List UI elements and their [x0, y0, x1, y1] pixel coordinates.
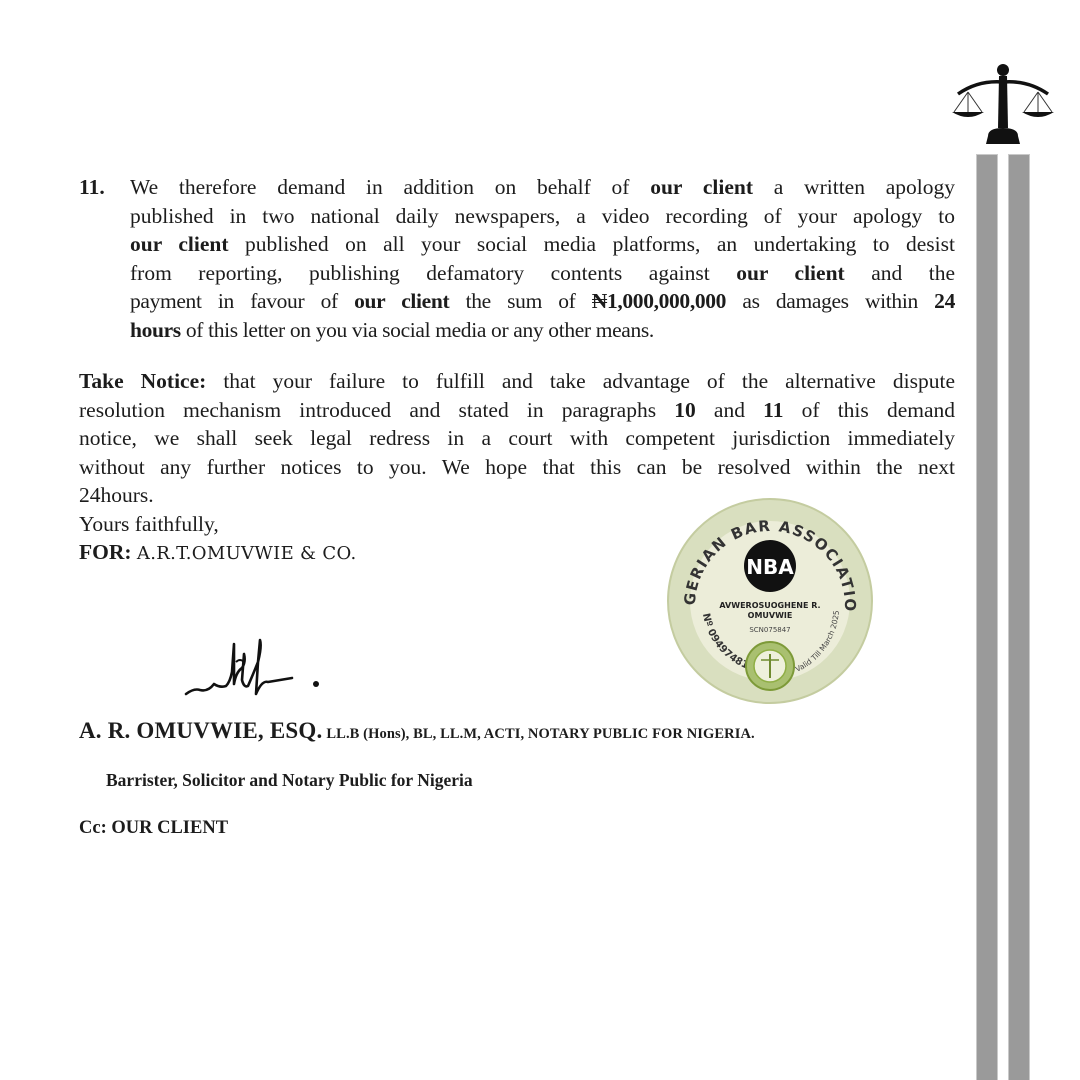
text-line: Take Notice: that your failure to fulfil…	[79, 367, 955, 396]
paragraph-11: We therefore demand in addition on behal…	[130, 173, 955, 345]
seal-holder-line1: AVWEROSUOGHENE R.	[719, 601, 820, 610]
text-line: from reporting, publishing defamatory co…	[130, 259, 955, 288]
seal-badge: NBA	[746, 555, 794, 579]
text-line: without any further notices to you. We h…	[79, 453, 955, 482]
text-line: resolution mechanism introduced and stat…	[79, 396, 955, 425]
firm-line: FOR: A.R.T.OMUVWIE & CO.	[79, 538, 356, 568]
decorative-bar-right	[1009, 155, 1029, 1080]
signer-title: Barrister, Solicitor and Notary Public f…	[106, 770, 473, 791]
firm-prefix: FOR:	[79, 540, 132, 564]
text-line: payment in favour of our client the sum …	[130, 287, 955, 316]
signer-line: A. R. OMUVWIE, ESQ. LL.B (Hons), BL, LL.…	[79, 718, 755, 744]
scales-of-justice-icon	[948, 60, 1058, 150]
signer-qualifications: LL.B (Hons), BL, LL.M, ACTI, NOTARY PUBL…	[326, 726, 754, 742]
signature-icon	[180, 632, 330, 702]
firm-name: A.R.T.OMUVWIE & CO.	[137, 543, 357, 564]
seal-holder-line2: OMUVWIE	[748, 611, 793, 620]
text-line: We therefore demand in addition on behal…	[130, 173, 955, 202]
paragraph-number: 11.	[79, 173, 105, 202]
text-line: hours of this letter on you via social m…	[130, 316, 955, 345]
seal-scn: SCN075847	[749, 626, 790, 634]
signer-name: A. R. OMUVWIE, ESQ.	[79, 718, 322, 743]
text-line: published in two national daily newspape…	[130, 202, 955, 231]
text-line: notice, we shall seek legal redress in a…	[79, 424, 955, 453]
nba-seal: NIGERIAN BAR ASSOCIATION NBA AVWEROSUOGH…	[665, 496, 875, 706]
decorative-bar-left	[977, 155, 997, 1080]
take-notice-paragraph: Take Notice: that your failure to fulfil…	[79, 367, 955, 510]
text-line: our client published on all your social …	[130, 230, 955, 259]
closing-salutation: Yours faithfully,	[79, 510, 219, 539]
cc-line: Cc: OUR CLIENT	[79, 818, 228, 839]
